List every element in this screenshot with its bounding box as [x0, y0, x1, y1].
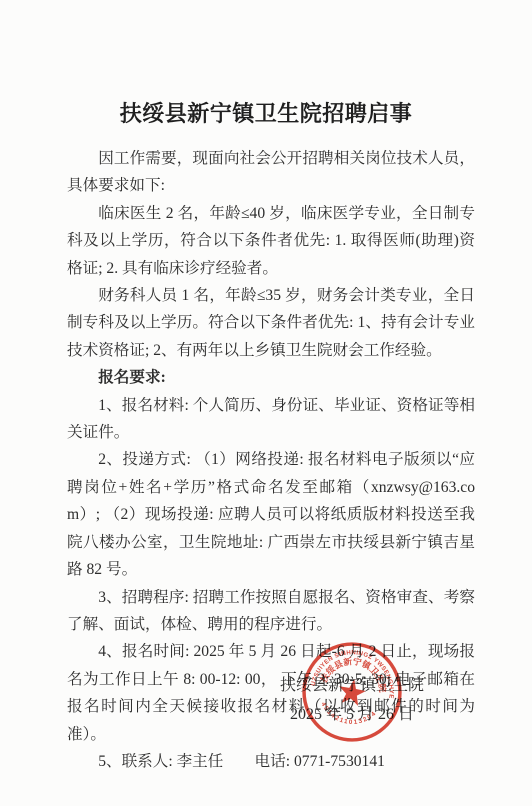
paragraph-submission-methods: 2、投递方式: （1）网络投递: 报名材料电子版须以“应聘岗位+姓名+学历”格式… — [67, 446, 475, 583]
paragraph-application-materials: 1、报名材料: 个人简历、身份证、毕业证、资格证等相关证件。 — [67, 392, 475, 447]
signature-organization: 扶绥县新宁镇卫生院 — [280, 671, 424, 700]
paragraph-recruitment-procedure: 3、招聘程序: 招聘工作按照自愿报名、资格审查、考察了解、面试，体检、聘用的程序… — [67, 584, 475, 639]
document-title: 扶绥县新宁镇卫生院招聘启事 — [0, 0, 532, 128]
paragraph-finance-staff: 财务科人员 1 名，年龄≤35 岁，财务会计类专业，全日制专科及以上学历。符合以… — [67, 282, 475, 364]
paragraph-intro: 因工作需要，现面向社会公开招聘相关岗位技术人员，具体要求如下: — [67, 145, 475, 200]
paragraph-contact-person: 5、联系人: 李主任 电话: 0771-7530141 — [67, 748, 475, 775]
signature-block: 扶绥县新宁镇卫生院 2025 年 5 月 26 日 — [280, 671, 424, 729]
signature-date: 2025 年 5 月 26 日 — [290, 700, 414, 729]
document-page: 扶绥县新宁镇卫生院招聘启事 因工作需要，现面向社会公开招聘相关岗位技术人员，具体… — [0, 0, 532, 806]
paragraph-clinical-doctor: 临床医生 2 名，年龄≤40 岁，临床医学专业，全日制专科及以上学历，符合以下条… — [67, 200, 475, 282]
heading-application-requirements: 报名要求: — [67, 364, 475, 391]
